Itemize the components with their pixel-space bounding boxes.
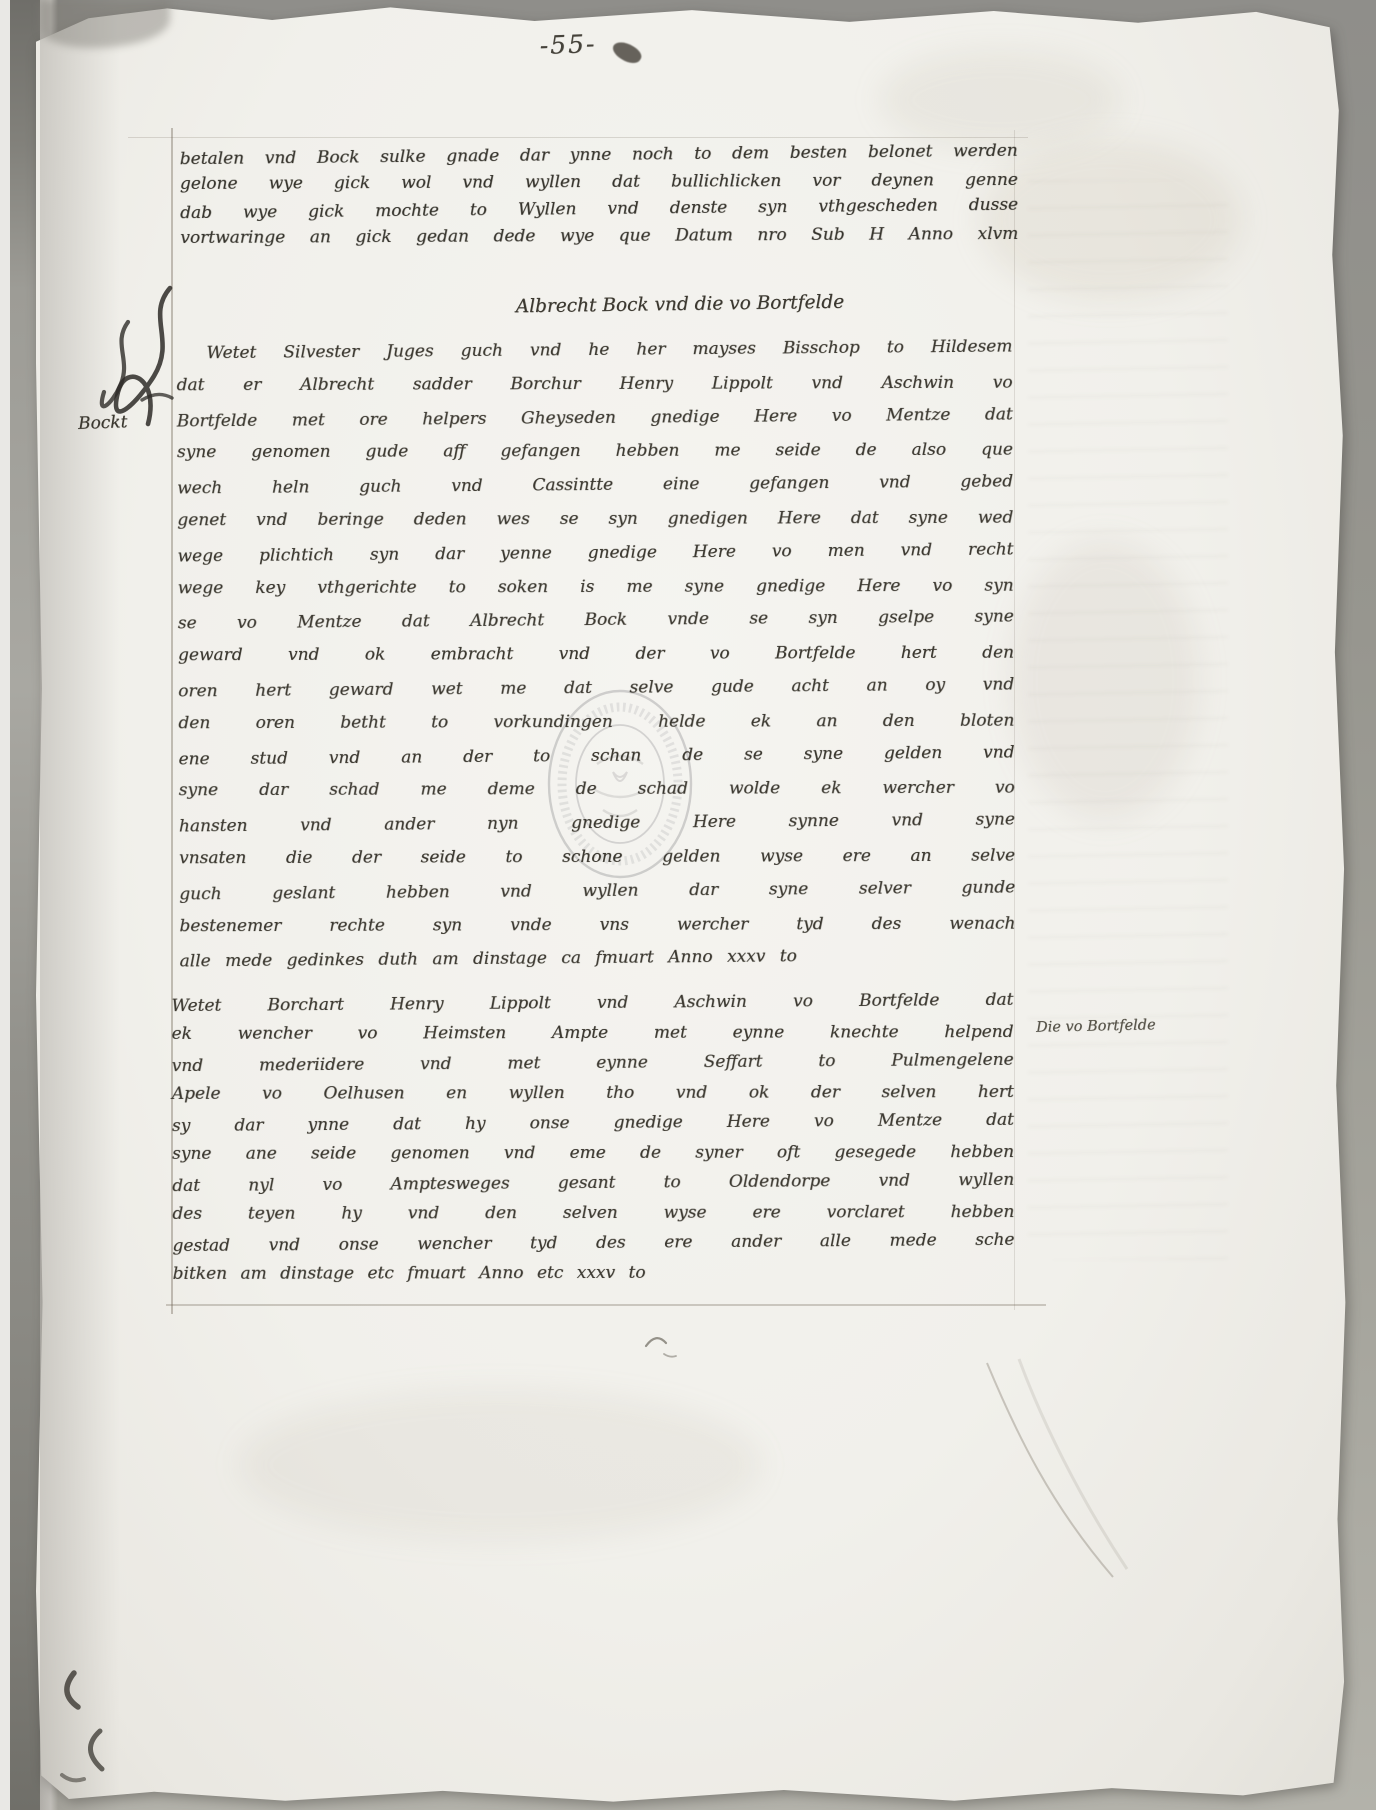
text-line: dat er Albrecht sadder Borchur Henry Lip…	[177, 366, 1013, 402]
stray-ink-mark	[642, 1328, 682, 1364]
text-line: syne ane seide genomen vnd eme de syner …	[172, 1137, 1014, 1169]
paper-stain	[240, 1390, 760, 1540]
text-line: des teyen hy vnd den selven wyse ere vor…	[172, 1197, 1014, 1229]
text-line: se vo Mentze dat Albrecht Bock vnde se s…	[178, 601, 1014, 642]
frame-line-bottom	[166, 1304, 1046, 1306]
text-line: ek wencher vo Heimsten Ampte met eynne k…	[172, 1017, 1014, 1049]
scanner-edge-strip	[0, 0, 10, 1810]
text-line: syne genomen gude aff gefangen hebben me…	[177, 434, 1013, 470]
text-line: Apele vo Oelhusen en wyllen tho vnd ok d…	[172, 1077, 1014, 1109]
paper-stain	[880, 50, 1120, 150]
text-line: bestenemer rechte syn vnde vns wercher t…	[179, 907, 1015, 943]
text-line: gestad vnd onse wencher tyd des ere ande…	[172, 1225, 1014, 1261]
text-line: genet vnd beringe deden wes se syn gnedi…	[177, 502, 1013, 538]
text-line: dat nyl vo Amptesweges gesant to Oldendo…	[172, 1165, 1014, 1201]
text-line: vortwaringe an gick gedan dede wye que D…	[180, 221, 1018, 252]
pen-trial-marks	[48, 1655, 158, 1795]
intro-paragraph: betalen vnd Bock sulke gnade dar ynne no…	[180, 139, 1019, 253]
text-line: vnd mederiidere vnd met eynne Seffart to…	[172, 1045, 1014, 1081]
frame-line-top	[128, 137, 1028, 138]
manuscript-scan: { "scan": { "page_number": "-55-", "head…	[0, 0, 1376, 1810]
text-line: wech heln guch vnd Cassintte eine gefang…	[177, 466, 1013, 507]
gutter-shadow	[40, 0, 120, 1810]
margin-note-left: Bockt	[78, 410, 189, 434]
text-line: alle mede gedinkes duth am dinstage ca f…	[179, 939, 1015, 980]
text-line: sy dar ynne dat hy onse gnedige Here vo …	[172, 1105, 1014, 1141]
text-line: bitken am dinstage etc fmuart Anno etc x…	[173, 1257, 1015, 1289]
text-line: Bortfelde met ore helpers Gheyseden gned…	[177, 398, 1013, 439]
text-line: wege plichtich syn dar yenne gnedige Her…	[177, 533, 1013, 574]
entry-bortfelde-text: Wetet Borchart Henry Lippolt vnd Aschwin…	[171, 986, 1014, 1290]
paper-crease	[955, 1355, 1165, 1595]
text-line: Wetet Silvester Juges guch vnd he her ma…	[176, 331, 1012, 372]
text-line: geward vnd ok embracht vnd der vo Bortfe…	[178, 637, 1014, 673]
archive-stamp-icon	[545, 686, 695, 882]
text-line: Wetet Borchart Henry Lippolt vnd Aschwin…	[171, 985, 1013, 1021]
ink-bleedthrough	[1028, 180, 1228, 1260]
text-line: wege key vthgerichte to soken is me syne…	[178, 569, 1014, 605]
